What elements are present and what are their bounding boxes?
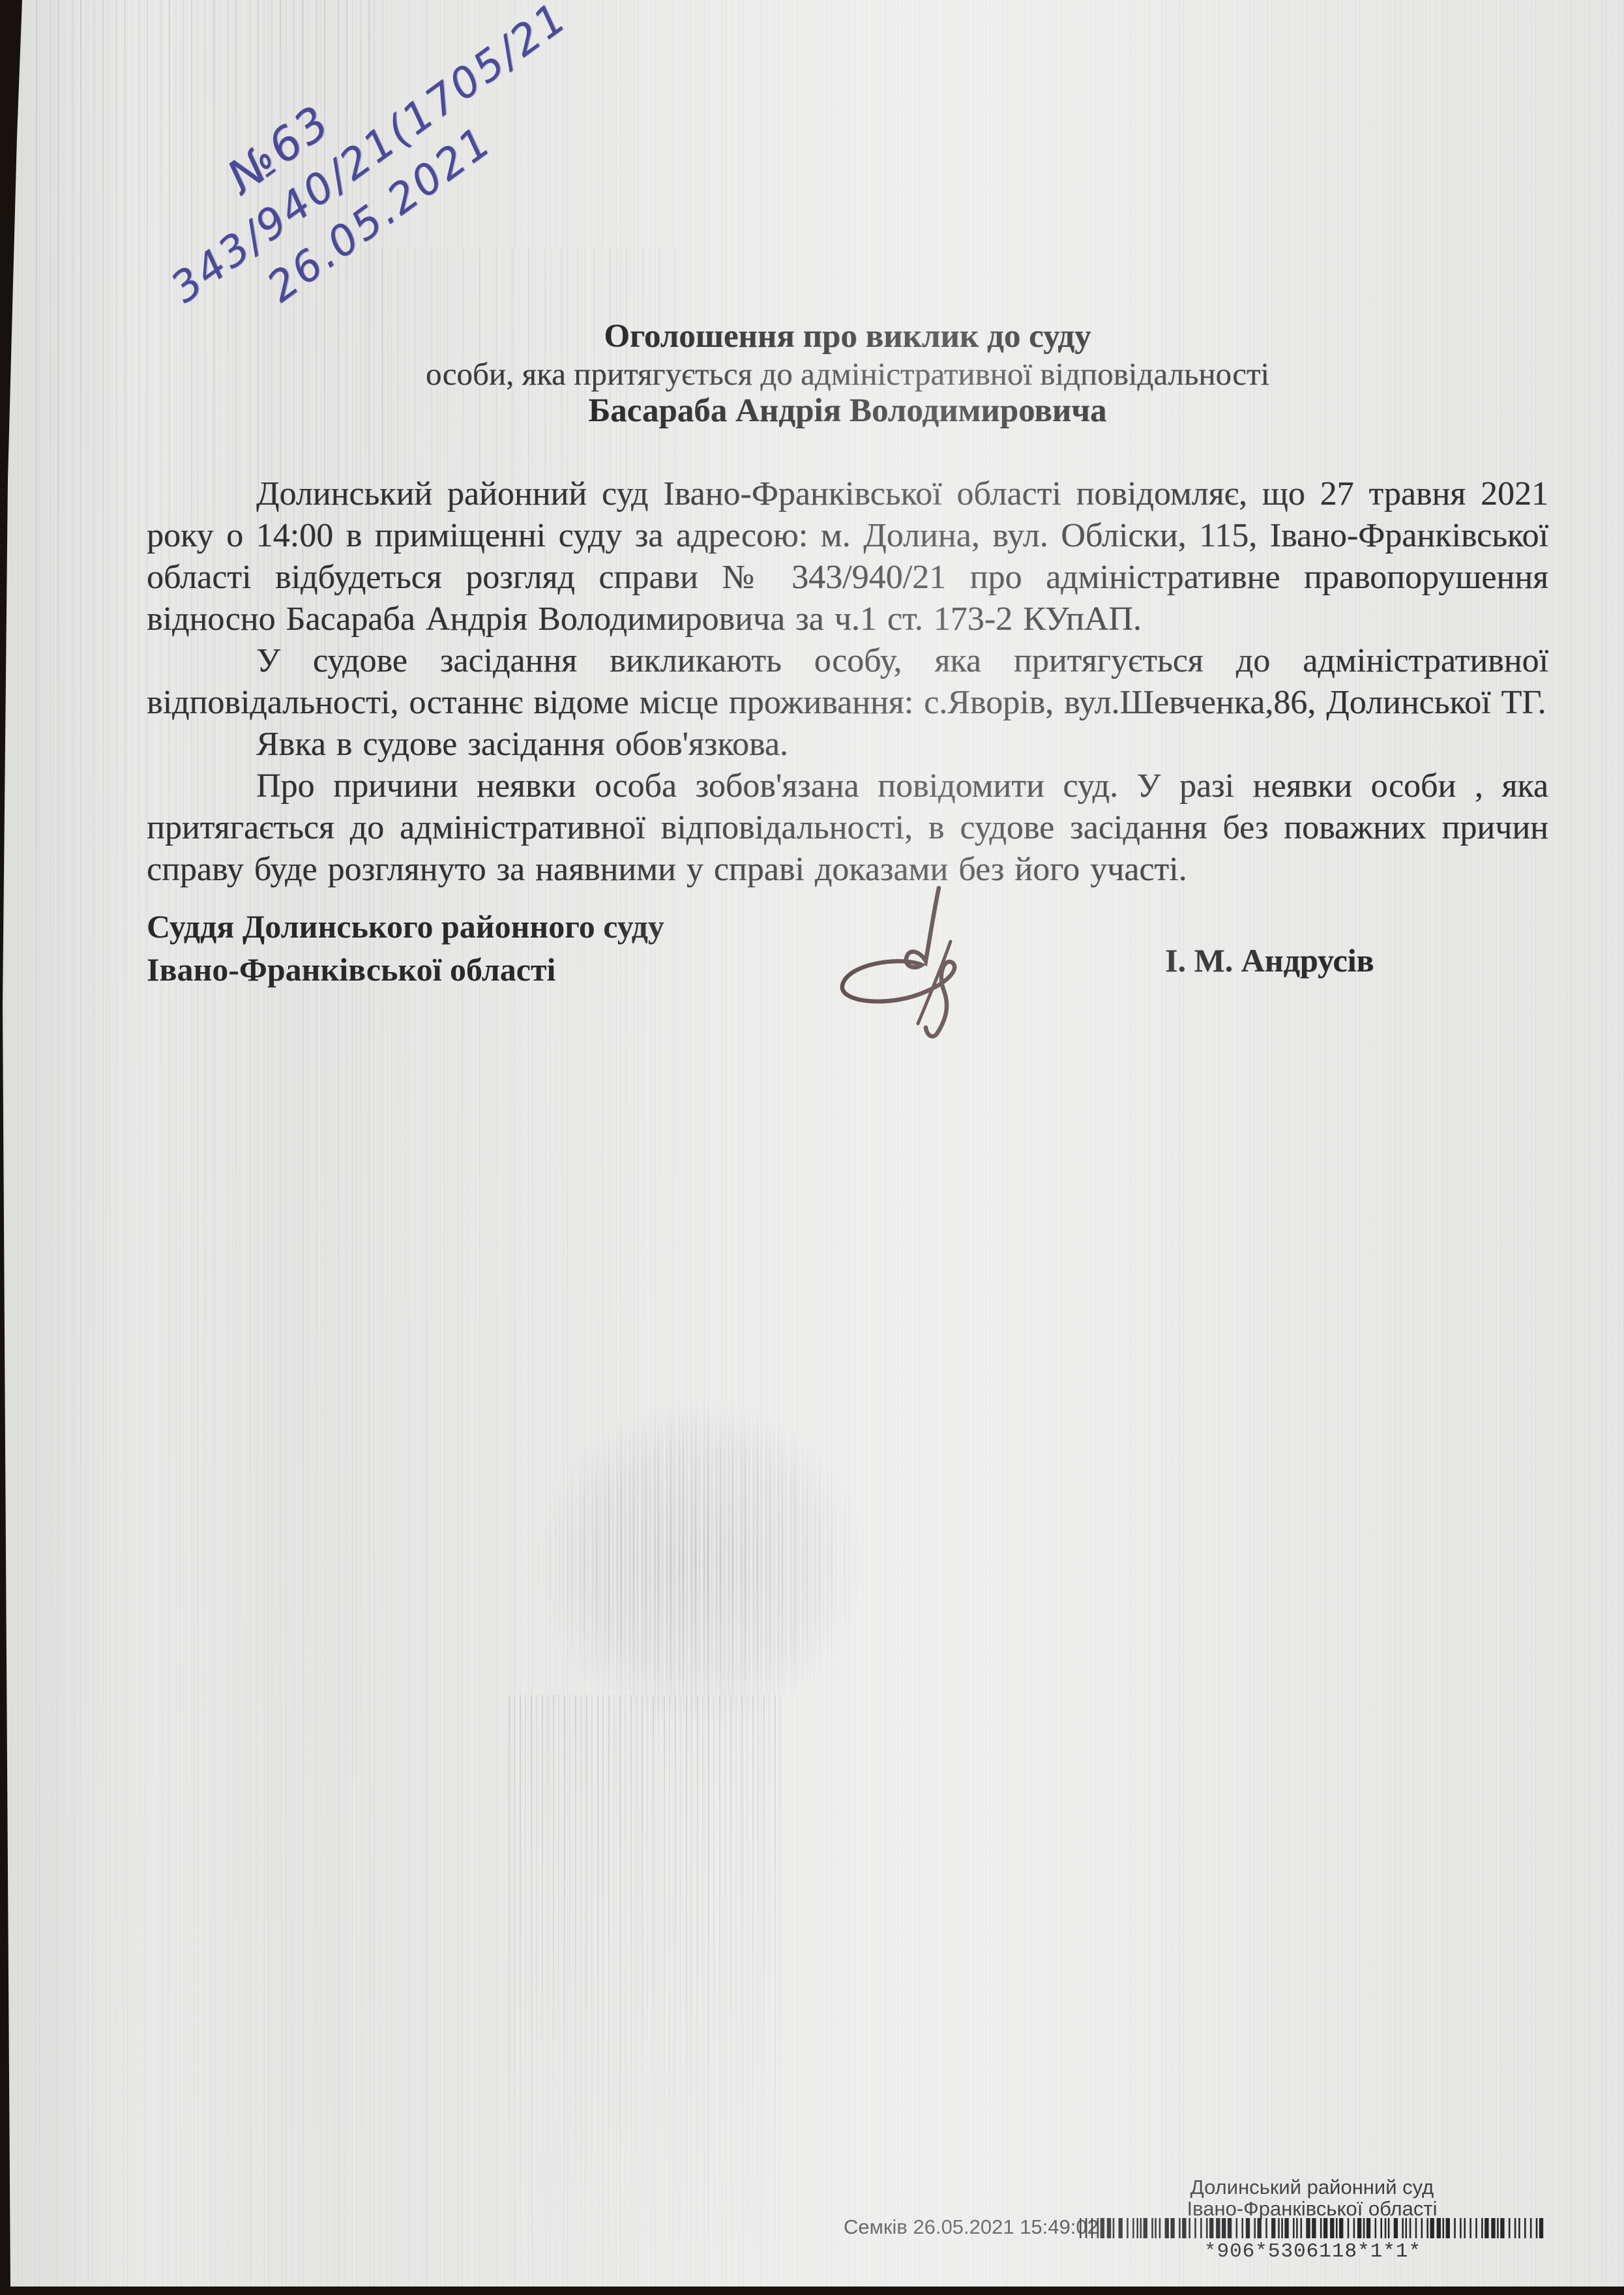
signature-block: Суддя Долинського районного суду Івано-Ф…: [147, 905, 664, 991]
title-line-person-role: особи, яка притягується до адміністратив…: [147, 355, 1548, 392]
paragraph-hearing-details: Долинський районний суд Івано-Франківськ…: [147, 473, 1548, 640]
stamp-court-line1: Долинський районний суд: [1079, 2176, 1545, 2198]
judge-title-line2: Івано-Франківської області: [147, 948, 664, 991]
handwritten-docket-number: 343/940/21(1705/21: [160, 2, 563, 316]
stamp-court-line2: Івано-Франківської області: [1079, 2198, 1545, 2219]
title-line-main: Оголошення про виклик до суду: [147, 318, 1548, 355]
stamp-court-name: Долинський районний суд Івано-Франківськ…: [1079, 2176, 1545, 2219]
stamp-clerk-datetime: Семків 26.05.2021 15:49:02: [844, 2215, 1099, 2239]
judge-name: І. М. Андрусів: [1165, 941, 1374, 979]
handwritten-case-number: №63: [217, 0, 529, 205]
paragraph-attendance-mandatory: Явка в судове засідання обов'язкова.: [147, 724, 1548, 765]
scanner-streaks-middle: [365, 248, 678, 1356]
scanned-court-document: { "doc": { "note": { "line1": "№63", "li…: [0, 0, 1624, 2295]
handwritten-note: №63 343/940/21(1705/21 26.05.2021: [127, 0, 595, 361]
scanner-smudge-tail: [509, 1695, 782, 2282]
document-body: Долинський районний суд Івано-Франківськ…: [147, 473, 1548, 891]
edge-speck: [8, 300, 12, 308]
title-line-person-name: Басараба Андрія Володимировича: [147, 392, 1548, 430]
stamp-barcode-value: *906*5306118*1*1*: [1080, 2240, 1546, 2263]
edge-speck: [3, 2112, 7, 2120]
judge-signature-scribble: [823, 879, 986, 1048]
document-title: Оголошення про виклик до суду особи, яка…: [147, 318, 1548, 430]
stamp-barcode: [1080, 2218, 1546, 2238]
scanner-streaks-left: [36, 0, 388, 2249]
paragraph-summoned-person: У судове засідання викликають особу, яка…: [147, 640, 1548, 724]
scanner-smudge: [522, 1382, 926, 1813]
paragraph-absence-consequences: Про причини неявки особа зобов'язана пов…: [147, 765, 1548, 891]
handwritten-date: 26.05.2021: [256, 48, 595, 315]
judge-title-line1: Суддя Долинського районного суду: [147, 905, 664, 948]
paper-sheet: №63 343/940/21(1705/21 26.05.2021 Оголош…: [0, 0, 1624, 2287]
